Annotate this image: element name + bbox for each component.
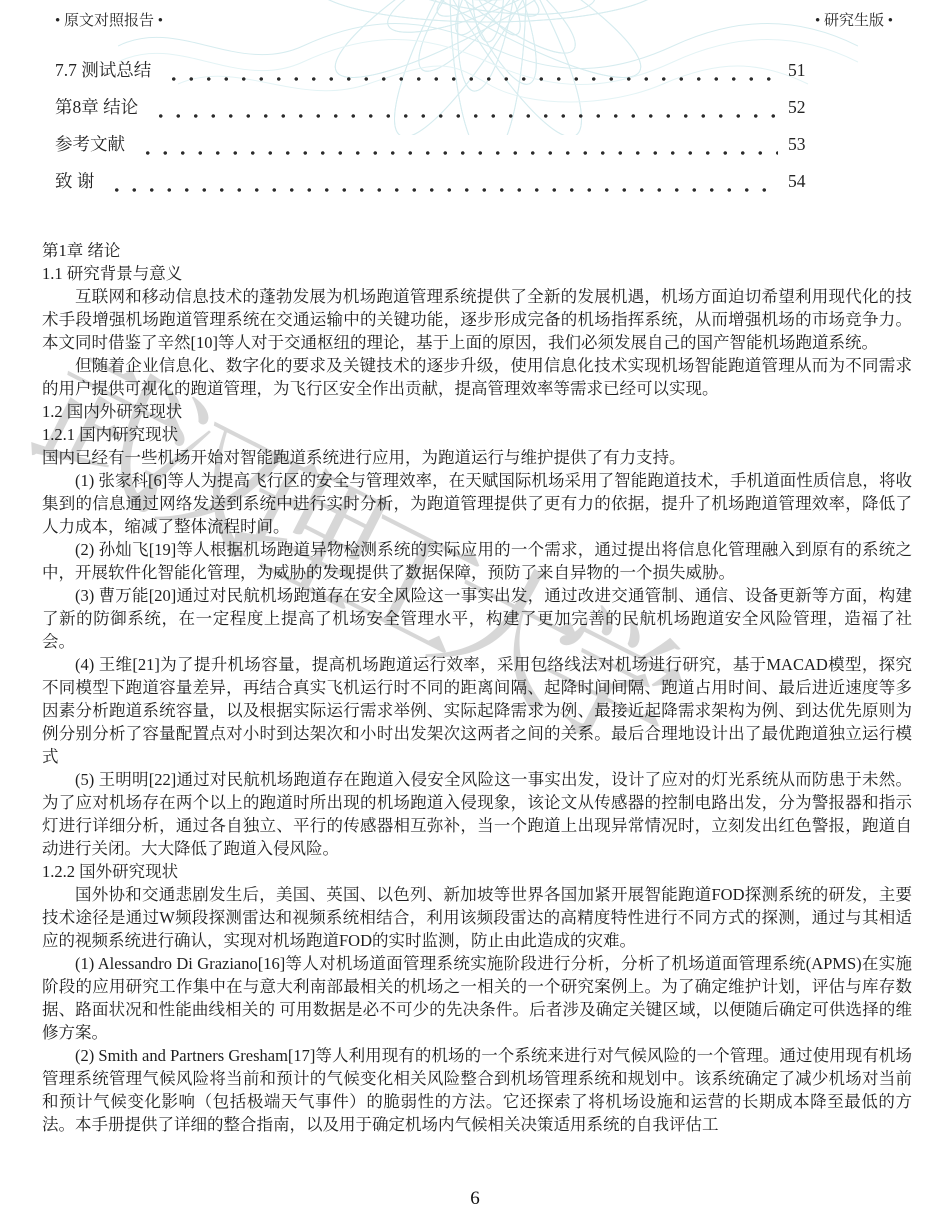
paragraph: (1) 张家科[6]等人为提高飞行区的安全与管理效率，在天赋国际机场采用了智能跑… (42, 469, 912, 538)
header-right-label: • 研究生版 • (815, 9, 893, 30)
header-left-label: • 原文对照报告 • (55, 9, 163, 30)
toc-entry-label: 第8章 结论 (55, 94, 138, 119)
paragraph: 国外协和交通悲剧发生后，美国、英国、以色列、新加坡等世界各国加紧开展智能跑道FO… (42, 883, 912, 952)
toc-entry-page-number: 53 (788, 134, 822, 155)
paragraph: 互联网和移动信息技术的蓬勃发展为机场跑道管理系统提供了全新的发展机遇，机场方面迫… (42, 285, 912, 354)
report-page: 武汉理工大学 • 原文对照报告 • • 研究生版 • 7.7 测试总结 51 第… (0, 0, 950, 1230)
toc-entry-page-number: 51 (788, 60, 822, 81)
paragraph: 第1章 绪论 (42, 239, 912, 262)
page-number: 6 (0, 1188, 950, 1210)
toc-entry: 7.7 测试总结 51 (55, 57, 822, 94)
dot-leader (139, 150, 778, 156)
toc-entry-label: 7.7 测试总结 (55, 57, 151, 82)
toc-entry-page-number: 54 (788, 171, 822, 192)
toc-entry: 参考文献 53 (55, 131, 822, 168)
paragraph: (3) 曹万能[20]通过对民航机场跑道存在安全风险这一事实出发，通过改进交通管… (42, 584, 912, 653)
paragraph: (2) 孙灿飞[19]等人根据机场跑道异物检测系统的实际应用的一个需求，通过提出… (42, 538, 912, 584)
paragraph: (5) 王明明[22]通过对民航机场跑道存在跑道入侵安全风险这一事实出发，设计了… (42, 768, 912, 860)
paragraph: 但随着企业信息化、数字化的要求及关键技术的逐步升级，使用信息化技术实现机场智能跑… (42, 354, 912, 400)
page-header: • 原文对照报告 • • 研究生版 • (0, 0, 950, 30)
paragraph: 1.2.2 国外研究现状 (42, 860, 912, 883)
toc-entry-page-number: 52 (788, 97, 822, 118)
dot-leader (108, 187, 778, 193)
toc-entry-label: 致 谢 (55, 168, 94, 193)
toc-entry-label: 参考文献 (55, 131, 125, 156)
paragraph: 1.2 国内外研究现状 (42, 400, 912, 423)
toc-entry: 致 谢 54 (55, 168, 822, 205)
dot-leader (165, 76, 778, 82)
table-of-contents: 7.7 测试总结 51 第8章 结论 52 参考文献 53 致 谢 54 (55, 57, 822, 205)
paragraph: (2) Smith and Partners Gresham[17]等人利用现有… (42, 1044, 912, 1136)
paragraph: (1) Alessandro Di Graziano[16]等人对机场道面管理系… (42, 952, 912, 1044)
paragraph: 国内已经有一些机场开始对智能跑道系统进行应用，为跑道运行与维护提供了有力支持。 (42, 446, 912, 469)
paragraph: 1.1 研究背景与意义 (42, 262, 912, 285)
dot-leader (152, 113, 778, 119)
paragraph: (4) 王维[21]为了提升机场容量，提高机场跑道运行效率，采用包络线法对机场进… (42, 653, 912, 768)
document-body: 第1章 绪论 1.1 研究背景与意义 互联网和移动信息技术的蓬勃发展为机场跑道管… (42, 239, 912, 1136)
toc-entry: 第8章 结论 52 (55, 94, 822, 131)
paragraph: 1.2.1 国内研究现状 (42, 423, 912, 446)
